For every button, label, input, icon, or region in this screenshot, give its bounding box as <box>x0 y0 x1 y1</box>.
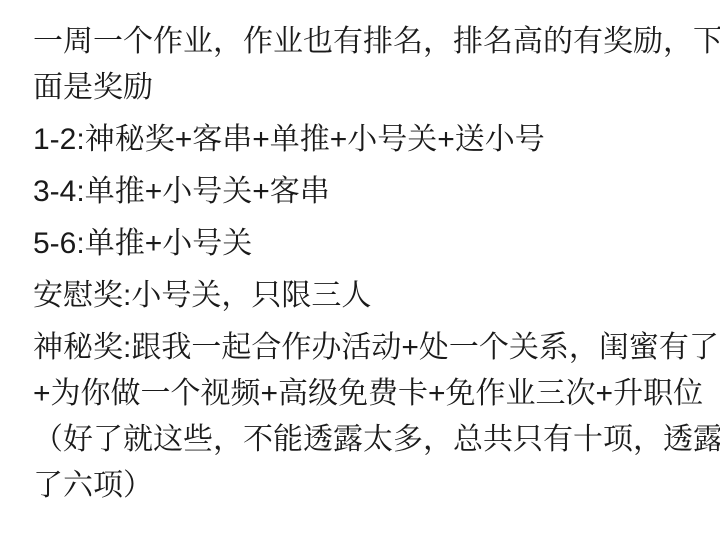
screenshot-root: { "note": { "background_color": "#ffffff… <box>0 0 720 554</box>
note-text-body: 一周一个作业，作业也有排名，排名高的有奖励，下 面是奖励 1-2:神秘奖+客串+… <box>0 0 720 554</box>
paragraph-mystery-prize: 神秘奖:跟我一起合作办活动+处一个关系，闺蜜有了 +为你做一个视频+高级免费卡+… <box>33 325 694 509</box>
text-line: 了六项） <box>33 463 694 509</box>
text-line: 5-6:单推+小号关 <box>33 221 694 267</box>
text-line: 安慰奖:小号关，只限三人 <box>33 273 694 319</box>
paragraph-rank-3-4: 3-4:单推+小号关+客串 <box>33 169 694 215</box>
text-line: 面是奖励 <box>33 65 694 111</box>
paragraph-consolation-prize: 安慰奖:小号关，只限三人 <box>33 273 694 319</box>
text-line: 3-4:单推+小号关+客串 <box>33 169 694 215</box>
paragraph-rank-5-6: 5-6:单推+小号关 <box>33 221 694 267</box>
paragraph-rank-1-2: 1-2:神秘奖+客串+单推+小号关+送小号 <box>33 117 694 163</box>
text-line: 1-2:神秘奖+客串+单推+小号关+送小号 <box>33 117 694 163</box>
text-line: （好了就这些，不能透露太多，总共只有十项，透露 <box>33 417 694 463</box>
paragraph-intro: 一周一个作业，作业也有排名，排名高的有奖励，下 面是奖励 <box>33 19 694 111</box>
text-line: 一周一个作业，作业也有排名，排名高的有奖励，下 <box>33 19 694 65</box>
text-line: 神秘奖:跟我一起合作办活动+处一个关系，闺蜜有了 <box>33 325 694 371</box>
text-line: +为你做一个视频+高级免费卡+免作业三次+升职位 <box>33 371 694 417</box>
